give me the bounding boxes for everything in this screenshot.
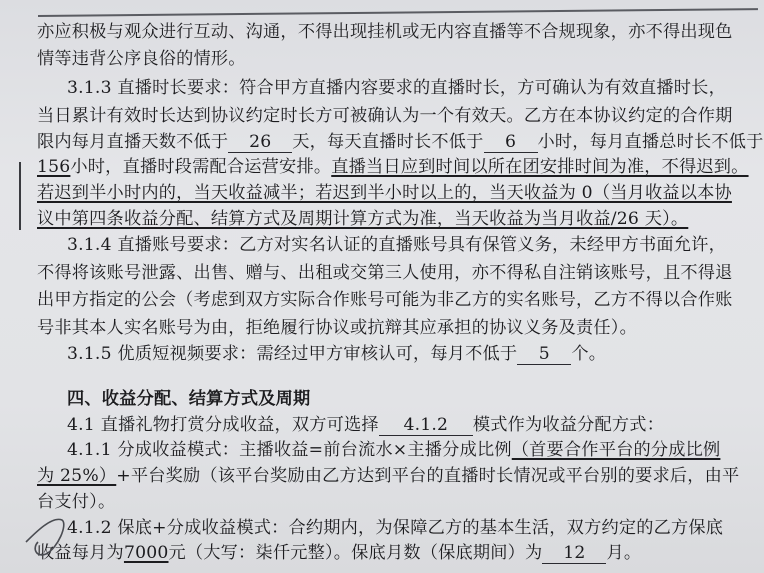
paragraph-line: 156小时，直播时段需配合运营安排。直播当日应到时间以所在团安排时间为准，不得迟…	[37, 155, 749, 179]
margin-mark	[19, 162, 21, 230]
text-run: 情等违背公序良俗的情形。	[37, 49, 246, 69]
text-run: 元（大写：柒仟元整）。保底月数（保底期间）为	[169, 543, 543, 563]
clause-4-1: 4.1 直播礼物打赏分成收益，双方可选择4.1.2模式作为收益分配方式：	[67, 413, 664, 437]
clause-4-1-1: 4.1.1 分成收益模式：主播收益=前台流水×主播分成比例（首要合作平台的分成比…	[67, 438, 720, 462]
filled-blank: 26	[228, 132, 292, 153]
filled-blank: 4.1.2	[379, 415, 473, 436]
paragraph-line: 若迟到半小时内的，当天收益减半；若迟到半小时以上的，当天收益为 0（当月收益以本…	[37, 181, 732, 205]
text-run: 模式作为收益分配方式：	[473, 415, 664, 435]
underlined-text: 156	[37, 157, 70, 177]
text-run: 四、收益分配、结算方式及周期	[67, 389, 310, 409]
paragraph-line: 出甲方指定的公会（考虑到双方实际合作账号可能为非乙方的实名账号，乙方不得以合作账	[37, 288, 733, 312]
text-run: 小时，每月直播总时长不低于	[538, 132, 764, 152]
underlined-text: 直播当日应到时间以所在团安排时间为准，不得迟到。	[331, 157, 748, 177]
text-run: 不得将该账号泄露、出售、赠与、出租或交第三人使用，亦不得私自注销该账号，且不得退	[37, 263, 733, 283]
paragraph-line: 亦应积极与观众进行互动、沟通，不得出现挂机或无内容直播等不合规现象，亦不得出现色	[37, 20, 733, 44]
text-run: 台支付）。	[37, 492, 115, 512]
text-run: 当日累计有效时长达到协议约定时长方可被确认为一个有效天。乙方在本协议约定的合作期	[37, 106, 733, 126]
paragraph-line: 情等违背公序良俗的情形。	[37, 47, 246, 71]
text-run: 个。	[571, 344, 606, 364]
clause-4-1-2: 4.1.2 保底+分成收益模式：合约期内，为保障乙方的基本生活，双方约定的乙方保…	[67, 516, 723, 540]
header-rule	[38, 8, 758, 17]
underlined-text: 7000	[124, 543, 169, 563]
text-run: 号非其本人实名账号为由，拒绝履行协议或抗辩其应承担的协议义务及责任）。	[37, 318, 637, 338]
text-run: 4.1.1 分成收益模式：主播收益=前台流水×主播分成比例	[67, 440, 512, 460]
contract-page: 亦应积极与观众进行互动、沟通，不得出现挂机或无内容直播等不合规现象，亦不得出现色…	[0, 0, 764, 573]
paragraph-line: 为 25%）+平台奖励（该平台奖励由乙方达到平台的直播时长情况或平台别的要求后，…	[37, 464, 739, 488]
underlined-text: 若迟到半小时内的，当天收益减半；若迟到半小时以上的，当天收益为 0（当月收益以本…	[37, 183, 732, 203]
handwritten-check-icon	[22, 512, 68, 558]
clause-3-1-5: 3.1.5 优质短视频要求：需经过甲方审核认可，每月不低于5个。	[67, 342, 606, 366]
paragraph-line: 号非其本人实名账号为由，拒绝履行协议或抗辩其应承担的协议义务及责任）。	[37, 316, 637, 340]
underlined-text: 议中第四条收益分配、结算方式及周期计算方式为准，当天收益为当月收益/26 天）。	[37, 209, 688, 229]
text-run: 小时，直播时段需配合运营安排。	[70, 157, 331, 177]
clause-3-1-3: 3.1.3 直播时长要求：符合甲方直播内容要求的直播时长，方可确认为有效直播时长…	[67, 76, 726, 100]
text-run: 限内每月直播天数不低于	[37, 132, 228, 152]
paragraph-line: 不得将该账号泄露、出售、赠与、出租或交第三人使用，亦不得私自注销该账号，且不得退	[37, 261, 733, 285]
text-run: 4.1.2 保底+分成收益模式：合约期内，为保障乙方的基本生活，双方约定的乙方保…	[67, 518, 723, 538]
text-run: 亦应积极与观众进行互动、沟通，不得出现挂机或无内容直播等不合规现象，亦不得出现色	[37, 22, 733, 42]
paragraph-line: 议中第四条收益分配、结算方式及周期计算方式为准，当天收益为当月收益/26 天）。	[37, 207, 688, 231]
text-run: 3.1.3 直播时长要求：符合甲方直播内容要求的直播时长，方可确认为有效直播时长…	[67, 78, 726, 98]
text-run: 3.1.5 优质短视频要求：需经过甲方审核认可，每月不低于	[67, 344, 517, 364]
text-run: +平台奖励（该平台奖励由乙方达到平台的直播时长情况或平台别的要求后，由平	[116, 466, 739, 486]
text-run: 出甲方指定的公会（考虑到双方实际合作账号可能为非乙方的实名账号，乙方不得以合作账	[37, 290, 733, 310]
paragraph-line: 限内每月直播天数不低于26天，每天直播时长不低于6小时，每月直播总时长不低于	[37, 130, 764, 154]
underlined-text: 为 25%）	[37, 466, 116, 486]
underlined-text: （首要合作平台的分成比例	[512, 440, 721, 460]
text-run: 4.1 直播礼物打赏分成收益，双方可选择	[67, 415, 379, 435]
paragraph-line: 收益每月为7000元（大写：柒仟元整）。保底月数（保底期间）为12月。	[37, 541, 641, 565]
text-run: 天，每天直播时长不低于	[292, 132, 483, 152]
filled-blank: 5	[517, 344, 571, 365]
text-run: 月。	[606, 543, 641, 563]
paragraph-line: 台支付）。	[37, 490, 115, 514]
section-heading: 四、收益分配、结算方式及周期	[67, 387, 310, 411]
filled-blank: 6	[484, 132, 538, 153]
clause-3-1-4: 3.1.4 直播账号要求：乙方对实名认证的直播账号具有保管义务，未经甲方书面允许…	[67, 233, 726, 257]
text-run: 3.1.4 直播账号要求：乙方对实名认证的直播账号具有保管义务，未经甲方书面允许…	[67, 235, 726, 255]
paragraph-line: 当日累计有效时长达到协议约定时长方可被确认为一个有效天。乙方在本协议约定的合作期	[37, 104, 733, 128]
filled-blank: 12	[542, 543, 606, 564]
